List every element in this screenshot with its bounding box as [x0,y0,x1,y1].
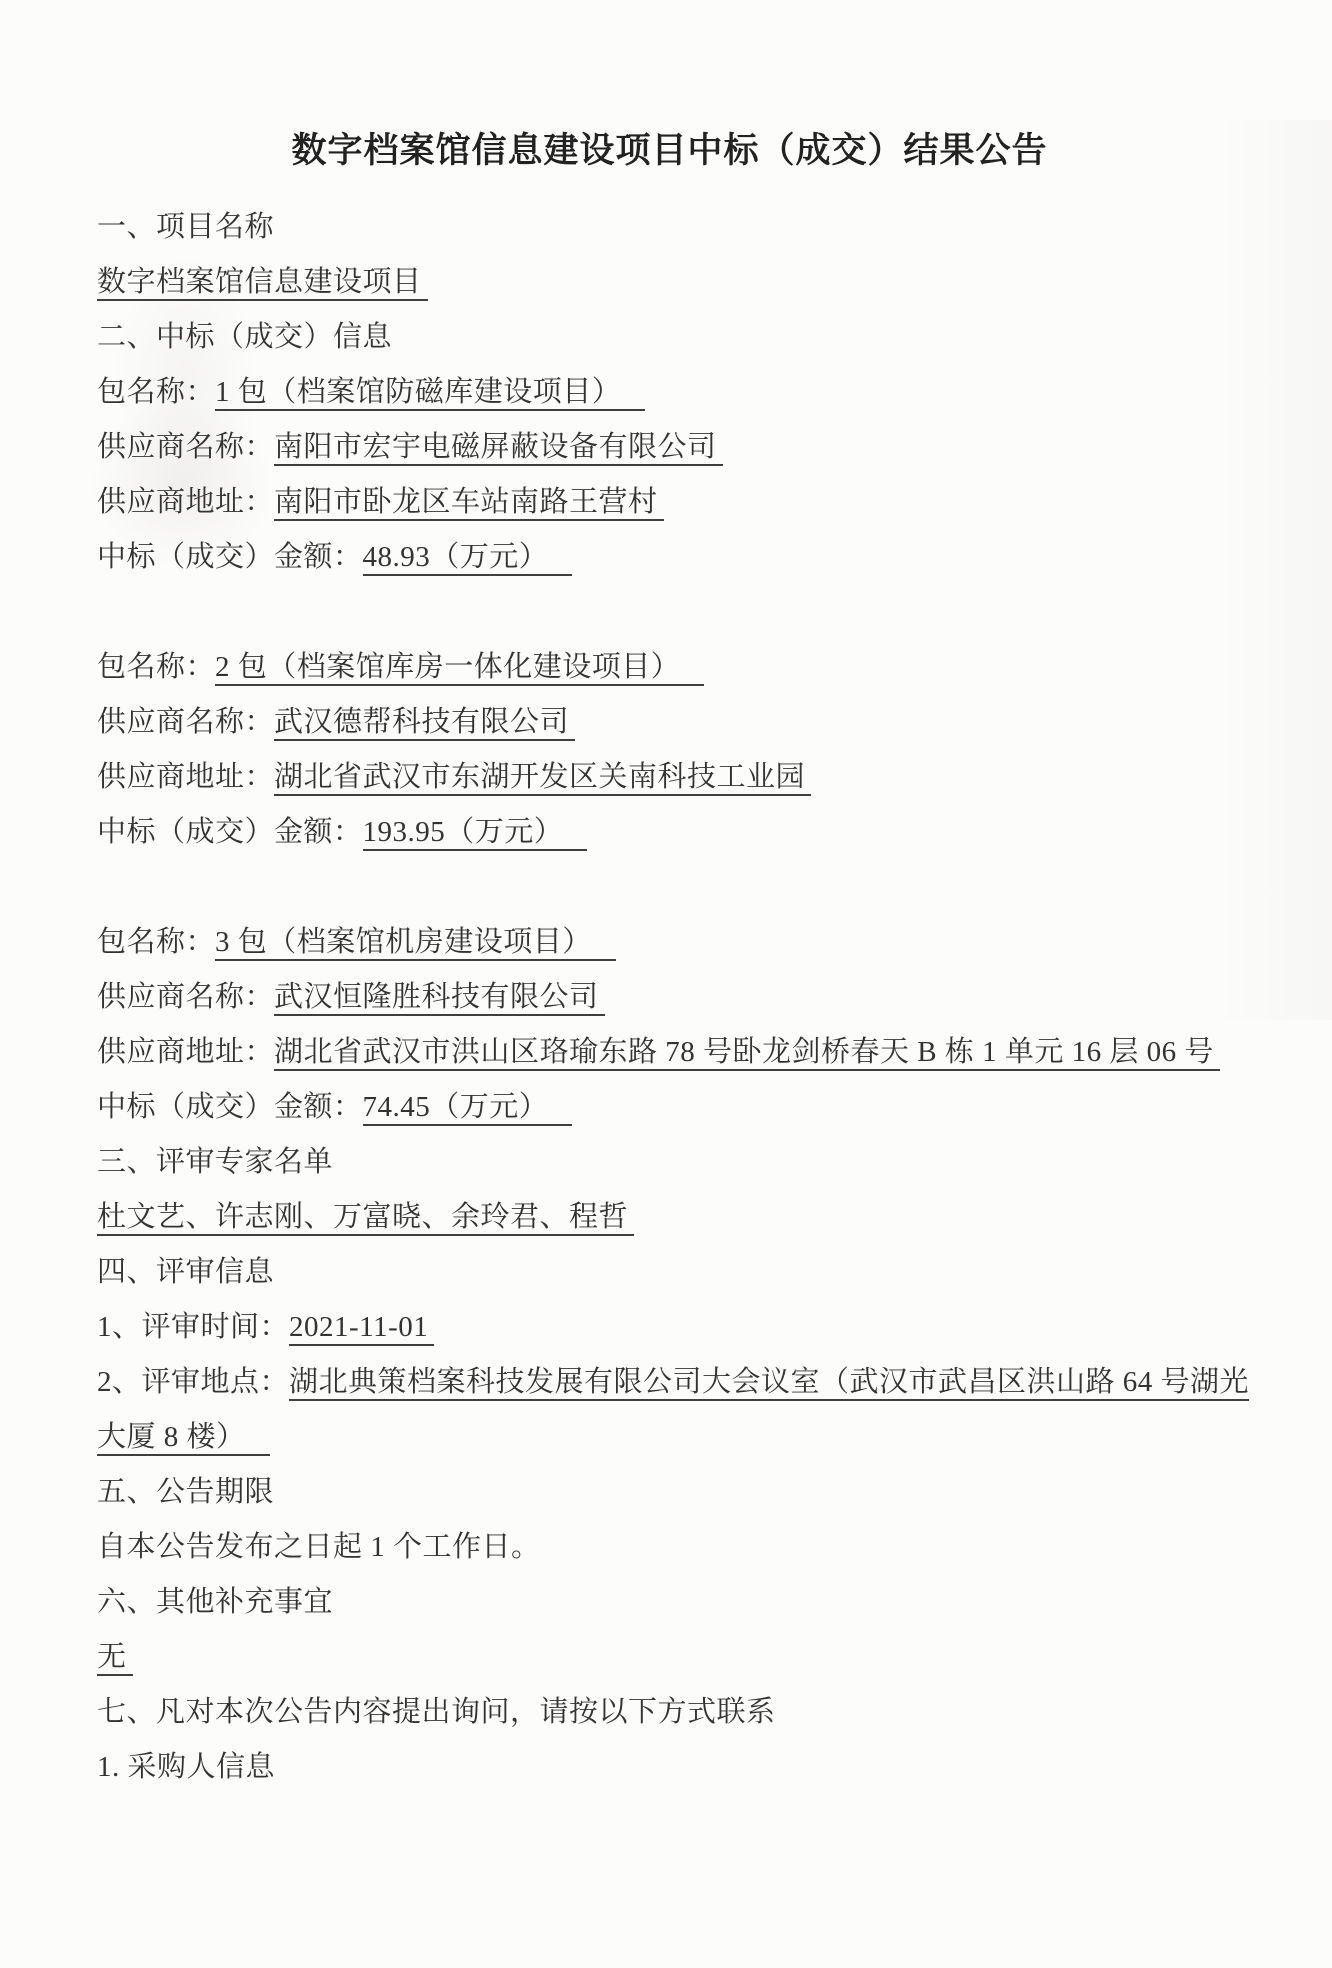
package-label: 包名称： [97,376,215,408]
package3-name-row: 包名称：3 包（档案馆机房建设项目） [97,915,1242,970]
supplier-name-label: 供应商名称： [97,981,274,1013]
package-label: 包名称： [97,926,215,958]
supplier-address-label: 供应商地址： [97,486,274,518]
document-page: 数字档案馆信息建设项目中标（成交）结果公告 一、项目名称 数字档案馆信息建设项目… [0,0,1332,1968]
supplier-name-label: 供应商名称： [97,706,274,738]
package3-supplier-row: 供应商名称：武汉恒隆胜科技有限公司 [97,970,1242,1025]
section7-heading: 七、凡对本次公告内容提出询问，请按以下方式联系 [97,1685,1242,1740]
section-gap [97,860,1242,915]
package1-name-row: 包名称：1 包（档案馆防磁库建设项目） [97,365,1242,420]
review-location-value-line1: 湖北典策档案科技发展有限公司大会议室（武汉市武昌区洪山路 64 号湖光 [289,1366,1249,1401]
amount-label: 中标（成交）金额： [97,541,363,573]
heading-text: 六、其他补充事宜 [97,1586,333,1618]
package3-supplier-value: 武汉恒隆胜科技有限公司 [274,981,605,1016]
package2-amount-row: 中标（成交）金额：193.95（万元） [97,805,1242,860]
package3-name-value: 3 包（档案馆机房建设项目） [215,926,616,961]
package-label: 包名称： [97,651,215,683]
purchaser-info-row: 1. 采购人信息 [97,1740,1242,1795]
heading-text: 三、评审专家名单 [97,1146,333,1178]
package3-amount-value: 74.45（万元） [363,1091,573,1126]
heading-text: 七、凡对本次公告内容提出询问，请按以下方式联系 [97,1696,776,1728]
section-gap [97,585,1242,640]
package1-supplier-row: 供应商名称：南阳市宏宇电磁屏蔽设备有限公司 [97,420,1242,475]
supplier-address-label: 供应商地址： [97,761,274,793]
review-time-row: 1、评审时间：2021-11-01 [97,1300,1242,1355]
amount-label: 中标（成交）金额： [97,816,363,848]
review-location-row-2: 大厦 8 楼） [97,1410,1242,1465]
project-name-row: 数字档案馆信息建设项目 [97,255,1242,310]
package2-address-row: 供应商地址：湖北省武汉市东湖开发区关南科技工业园 [97,750,1242,805]
package3-address-row: 供应商地址：湖北省武汉市洪山区珞瑜东路 78 号卧龙剑桥春天 B 栋 1 单元 … [97,1025,1242,1080]
page-title: 数字档案馆信息建设项目中标（成交）结果公告 [97,126,1242,176]
experts-value: 杜文艺、许志刚、万富晓、余玲君、程哲 [97,1201,634,1236]
review-location-value-line2: 大厦 8 楼） [97,1421,270,1456]
heading-text: 一、项目名称 [97,211,274,243]
supplement-row: 无 [97,1630,1242,1685]
notice-period-row: 自本公告发布之日起 1 个工作日。 [97,1520,1242,1575]
amount-label: 中标（成交）金额： [97,1091,363,1123]
section5-heading: 五、公告期限 [97,1465,1242,1520]
supplement-value: 无 [97,1641,133,1676]
review-time-value: 2021-11-01 [289,1311,434,1346]
section1-heading: 一、项目名称 [97,200,1242,255]
package2-name-value: 2 包（档案馆库房一体化建设项目） [215,651,704,686]
review-time-label: 1、评审时间： [97,1311,289,1343]
heading-text: 五、公告期限 [97,1476,274,1508]
package2-name-row: 包名称：2 包（档案馆库房一体化建设项目） [97,640,1242,695]
package2-address-value: 湖北省武汉市东湖开发区关南科技工业园 [274,761,811,796]
purchaser-info-text: 1. 采购人信息 [97,1751,275,1783]
experts-row: 杜文艺、许志刚、万富晓、余玲君、程哲 [97,1190,1242,1245]
supplier-name-label: 供应商名称： [97,431,274,463]
notice-period-text: 自本公告发布之日起 1 个工作日。 [97,1531,541,1563]
package1-amount-value: 48.93（万元） [363,541,573,576]
review-location-label: 2、评审地点： [97,1366,289,1398]
section4-heading: 四、评审信息 [97,1245,1242,1300]
package1-address-row: 供应商地址：南阳市卧龙区车站南路王营村 [97,475,1242,530]
package2-supplier-row: 供应商名称：武汉德帮科技有限公司 [97,695,1242,750]
package3-address-value: 湖北省武汉市洪山区珞瑜东路 78 号卧龙剑桥春天 B 栋 1 单元 16 层 0… [274,1036,1220,1071]
package3-amount-row: 中标（成交）金额：74.45（万元） [97,1080,1242,1135]
package1-address-value: 南阳市卧龙区车站南路王营村 [274,486,664,521]
section3-heading: 三、评审专家名单 [97,1135,1242,1190]
package2-supplier-value: 武汉德帮科技有限公司 [274,706,575,741]
package1-supplier-value: 南阳市宏宇电磁屏蔽设备有限公司 [274,431,723,466]
package2-amount-value: 193.95（万元） [363,816,588,851]
heading-text: 四、评审信息 [97,1256,274,1288]
review-location-row-1: 2、评审地点：湖北典策档案科技发展有限公司大会议室（武汉市武昌区洪山路 64 号… [97,1355,1242,1410]
project-name-value: 数字档案馆信息建设项目 [97,266,428,301]
package1-name-value: 1 包（档案馆防磁库建设项目） [215,376,645,411]
heading-text: 二、中标（成交）信息 [97,321,392,353]
section6-heading: 六、其他补充事宜 [97,1575,1242,1630]
section2-heading: 二、中标（成交）信息 [97,310,1242,365]
supplier-address-label: 供应商地址： [97,1036,274,1068]
package1-amount-row: 中标（成交）金额：48.93（万元） [97,530,1242,585]
